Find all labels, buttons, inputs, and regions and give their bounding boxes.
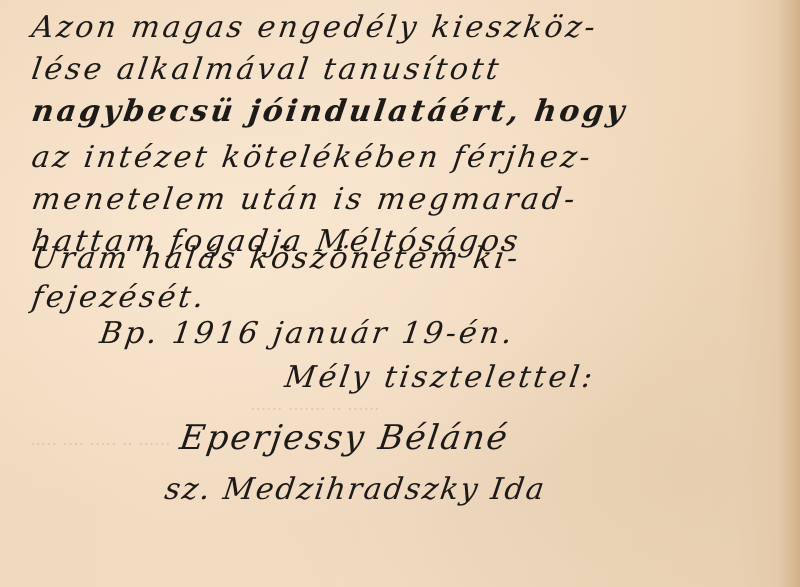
signature-name: Eperjessy Béláné [177, 418, 511, 458]
body-line: menetelem után is megmarad- [30, 182, 580, 217]
date-line: Bp. 1916 január 19-én. [98, 316, 518, 351]
bleed-through-text: ...... ....... .. ...... [250, 395, 380, 415]
body-line: az intézet kötelékében férjhez- [30, 140, 596, 175]
body-line: Azon magas engedély kieszköz- [30, 10, 601, 45]
signature-maiden-name: sz. Medzihradszky Ida [163, 472, 549, 507]
body-line: fejezését. [30, 280, 209, 315]
closing-salutation: Mély tisztelettel: [283, 360, 598, 395]
page-edge-shadow [778, 0, 800, 587]
body-line: nagybecsü jóindulatáért, hogy [30, 94, 630, 129]
body-line: Uram hálás köszönetem ki- [30, 241, 523, 276]
body-line: lése alkalmával tanusított [30, 52, 504, 87]
bleed-through-text: ..... .... ..... .. ...... [30, 430, 171, 450]
